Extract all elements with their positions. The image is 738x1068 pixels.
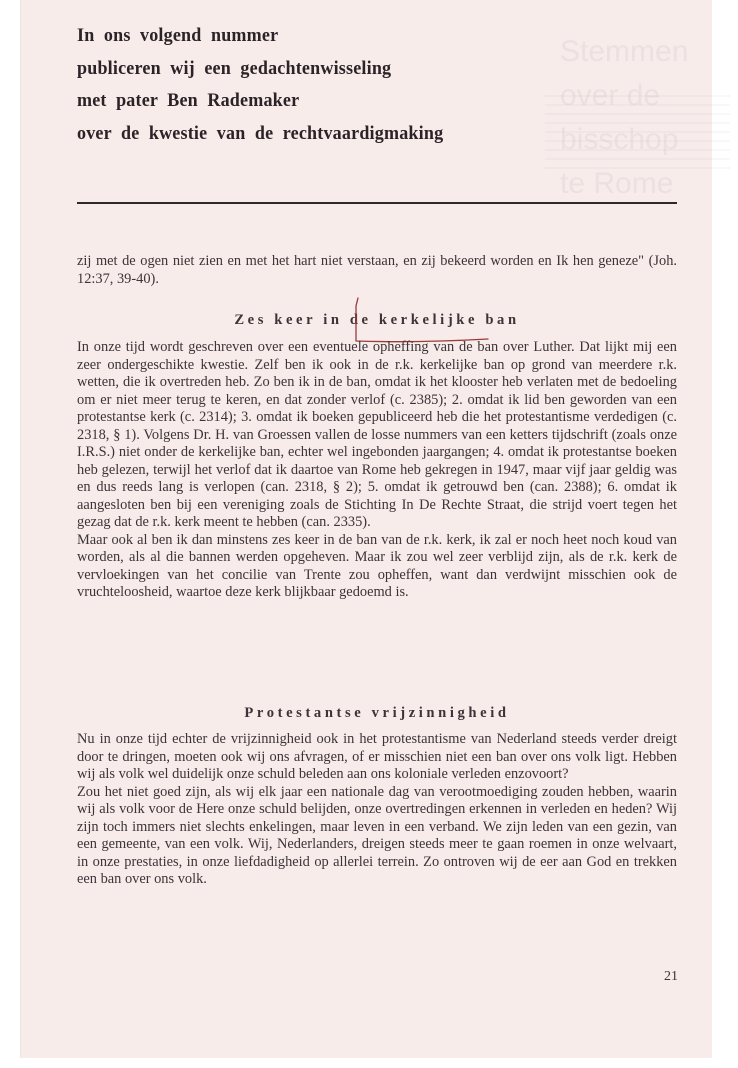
intro-text: zij met de ogen niet zien en met het har… — [77, 253, 677, 288]
announcement-headline: In ons volgend nummer publiceren wij een… — [77, 20, 463, 150]
show-through-line: te Rome — [560, 162, 730, 206]
headline-line: over de kwestie van de rechtvaardigmakin… — [77, 118, 443, 151]
paragraph: Nu in onze tijd echter de vrijzinnigheid… — [77, 731, 677, 784]
headline-line: met pater Ben Rademaker — [77, 85, 443, 118]
section-heading-vrijzinnigheid: Protestantse vrijzinnigheid — [77, 705, 677, 722]
show-through-text: Stemmen over de bisschop te Rome — [560, 30, 730, 206]
show-through-body-lines — [545, 95, 730, 175]
section-body-vrijzinnigheid: Nu in onze tijd echter de vrijzinnigheid… — [77, 731, 677, 889]
section-heading-ban: Zes keer in de kerkelijke ban — [77, 312, 677, 329]
scanned-page: Stemmen over de bisschop te Rome In ons … — [20, 0, 712, 1058]
headline-line: publiceren wij een gedachtenwisseling — [77, 53, 443, 86]
show-through-line: bisschop — [560, 118, 730, 162]
paragraph: Zou het niet goed zijn, als wij elk jaar… — [77, 784, 677, 889]
headline-line: In ons volgend nummer — [77, 20, 443, 53]
page-number: 21 — [650, 969, 678, 985]
paragraph: Maar ook al ben ik dan minstens zes keer… — [77, 532, 677, 602]
intro-paragraph: zij met de ogen niet zien en met het har… — [77, 253, 677, 288]
horizontal-rule — [77, 202, 677, 204]
show-through-line: over de — [560, 74, 730, 118]
show-through-line: Stemmen — [560, 30, 730, 74]
paragraph: In onze tijd wordt geschreven over een e… — [77, 339, 677, 532]
section-body-ban: In onze tijd wordt geschreven over een e… — [77, 339, 677, 602]
